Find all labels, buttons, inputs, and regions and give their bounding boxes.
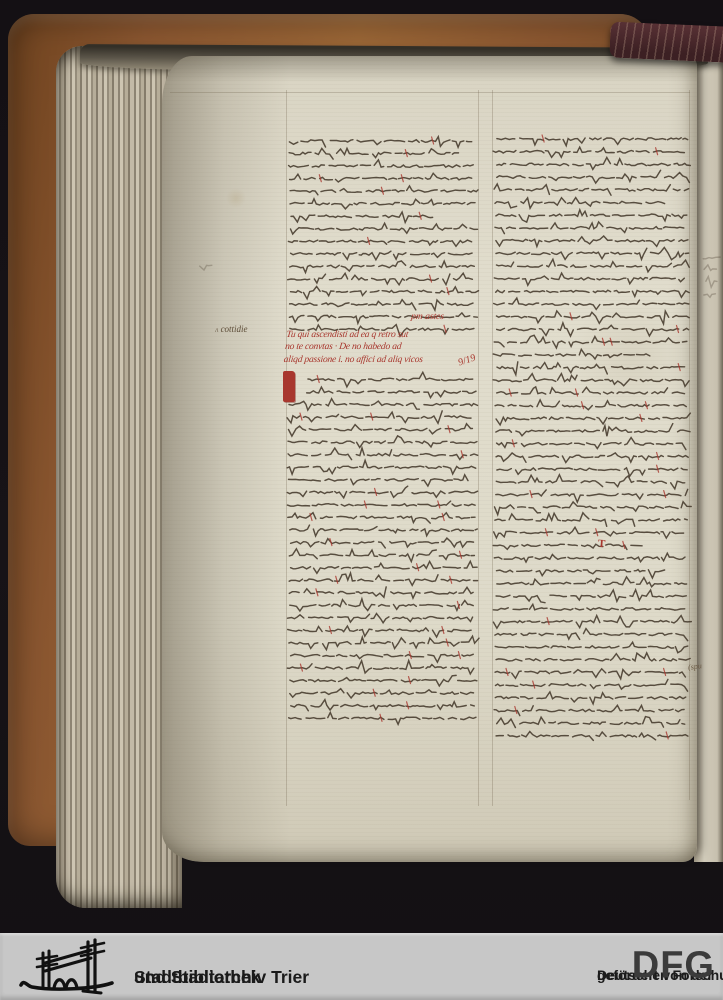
red-touched-capital: T <box>598 538 606 550</box>
column-rule-left-inner <box>478 90 479 806</box>
clasp-strap <box>609 22 723 63</box>
column-rule-right-outer <box>492 90 493 806</box>
margin-note-text: cottidie <box>221 324 248 334</box>
rubric-line: no te convtas · De no habedo ad <box>284 341 485 353</box>
brown-margin-gloss: (spu <box>687 661 702 672</box>
underlying-page-edge <box>694 50 723 862</box>
rubric-line: Tu qui ascendisti ad ea q retro sut <box>286 329 487 341</box>
dfg-logo: DFG <box>632 944 715 987</box>
column-rule-right-inner <box>689 90 690 800</box>
digitization-banner: Stadtbibliothek und Stadtarchiv Trier ge… <box>0 933 723 1000</box>
rubric-line: aliqd passione i. no affici ad aliq vico… <box>283 354 484 366</box>
column-rule-left-outer <box>286 90 287 806</box>
red-lombard-initial: I <box>283 371 295 402</box>
margin-note: ʌcottidie <box>215 324 221 334</box>
top-ruling-line <box>170 92 690 93</box>
rubric-line-end: pm astes <box>410 312 444 322</box>
insertion-caret: ʌ <box>215 325 219 334</box>
photograph-background: ʌcottidie pm astes Tu qui ascendisti ad … <box>0 0 723 1000</box>
stadtbibliothek-logo <box>14 936 126 996</box>
institution-line2: und Stadtarchiv Trier <box>134 967 309 988</box>
manuscript-page <box>162 56 697 862</box>
rubric-block: Tu qui ascendisti ad ea q retro sut no t… <box>283 329 487 366</box>
